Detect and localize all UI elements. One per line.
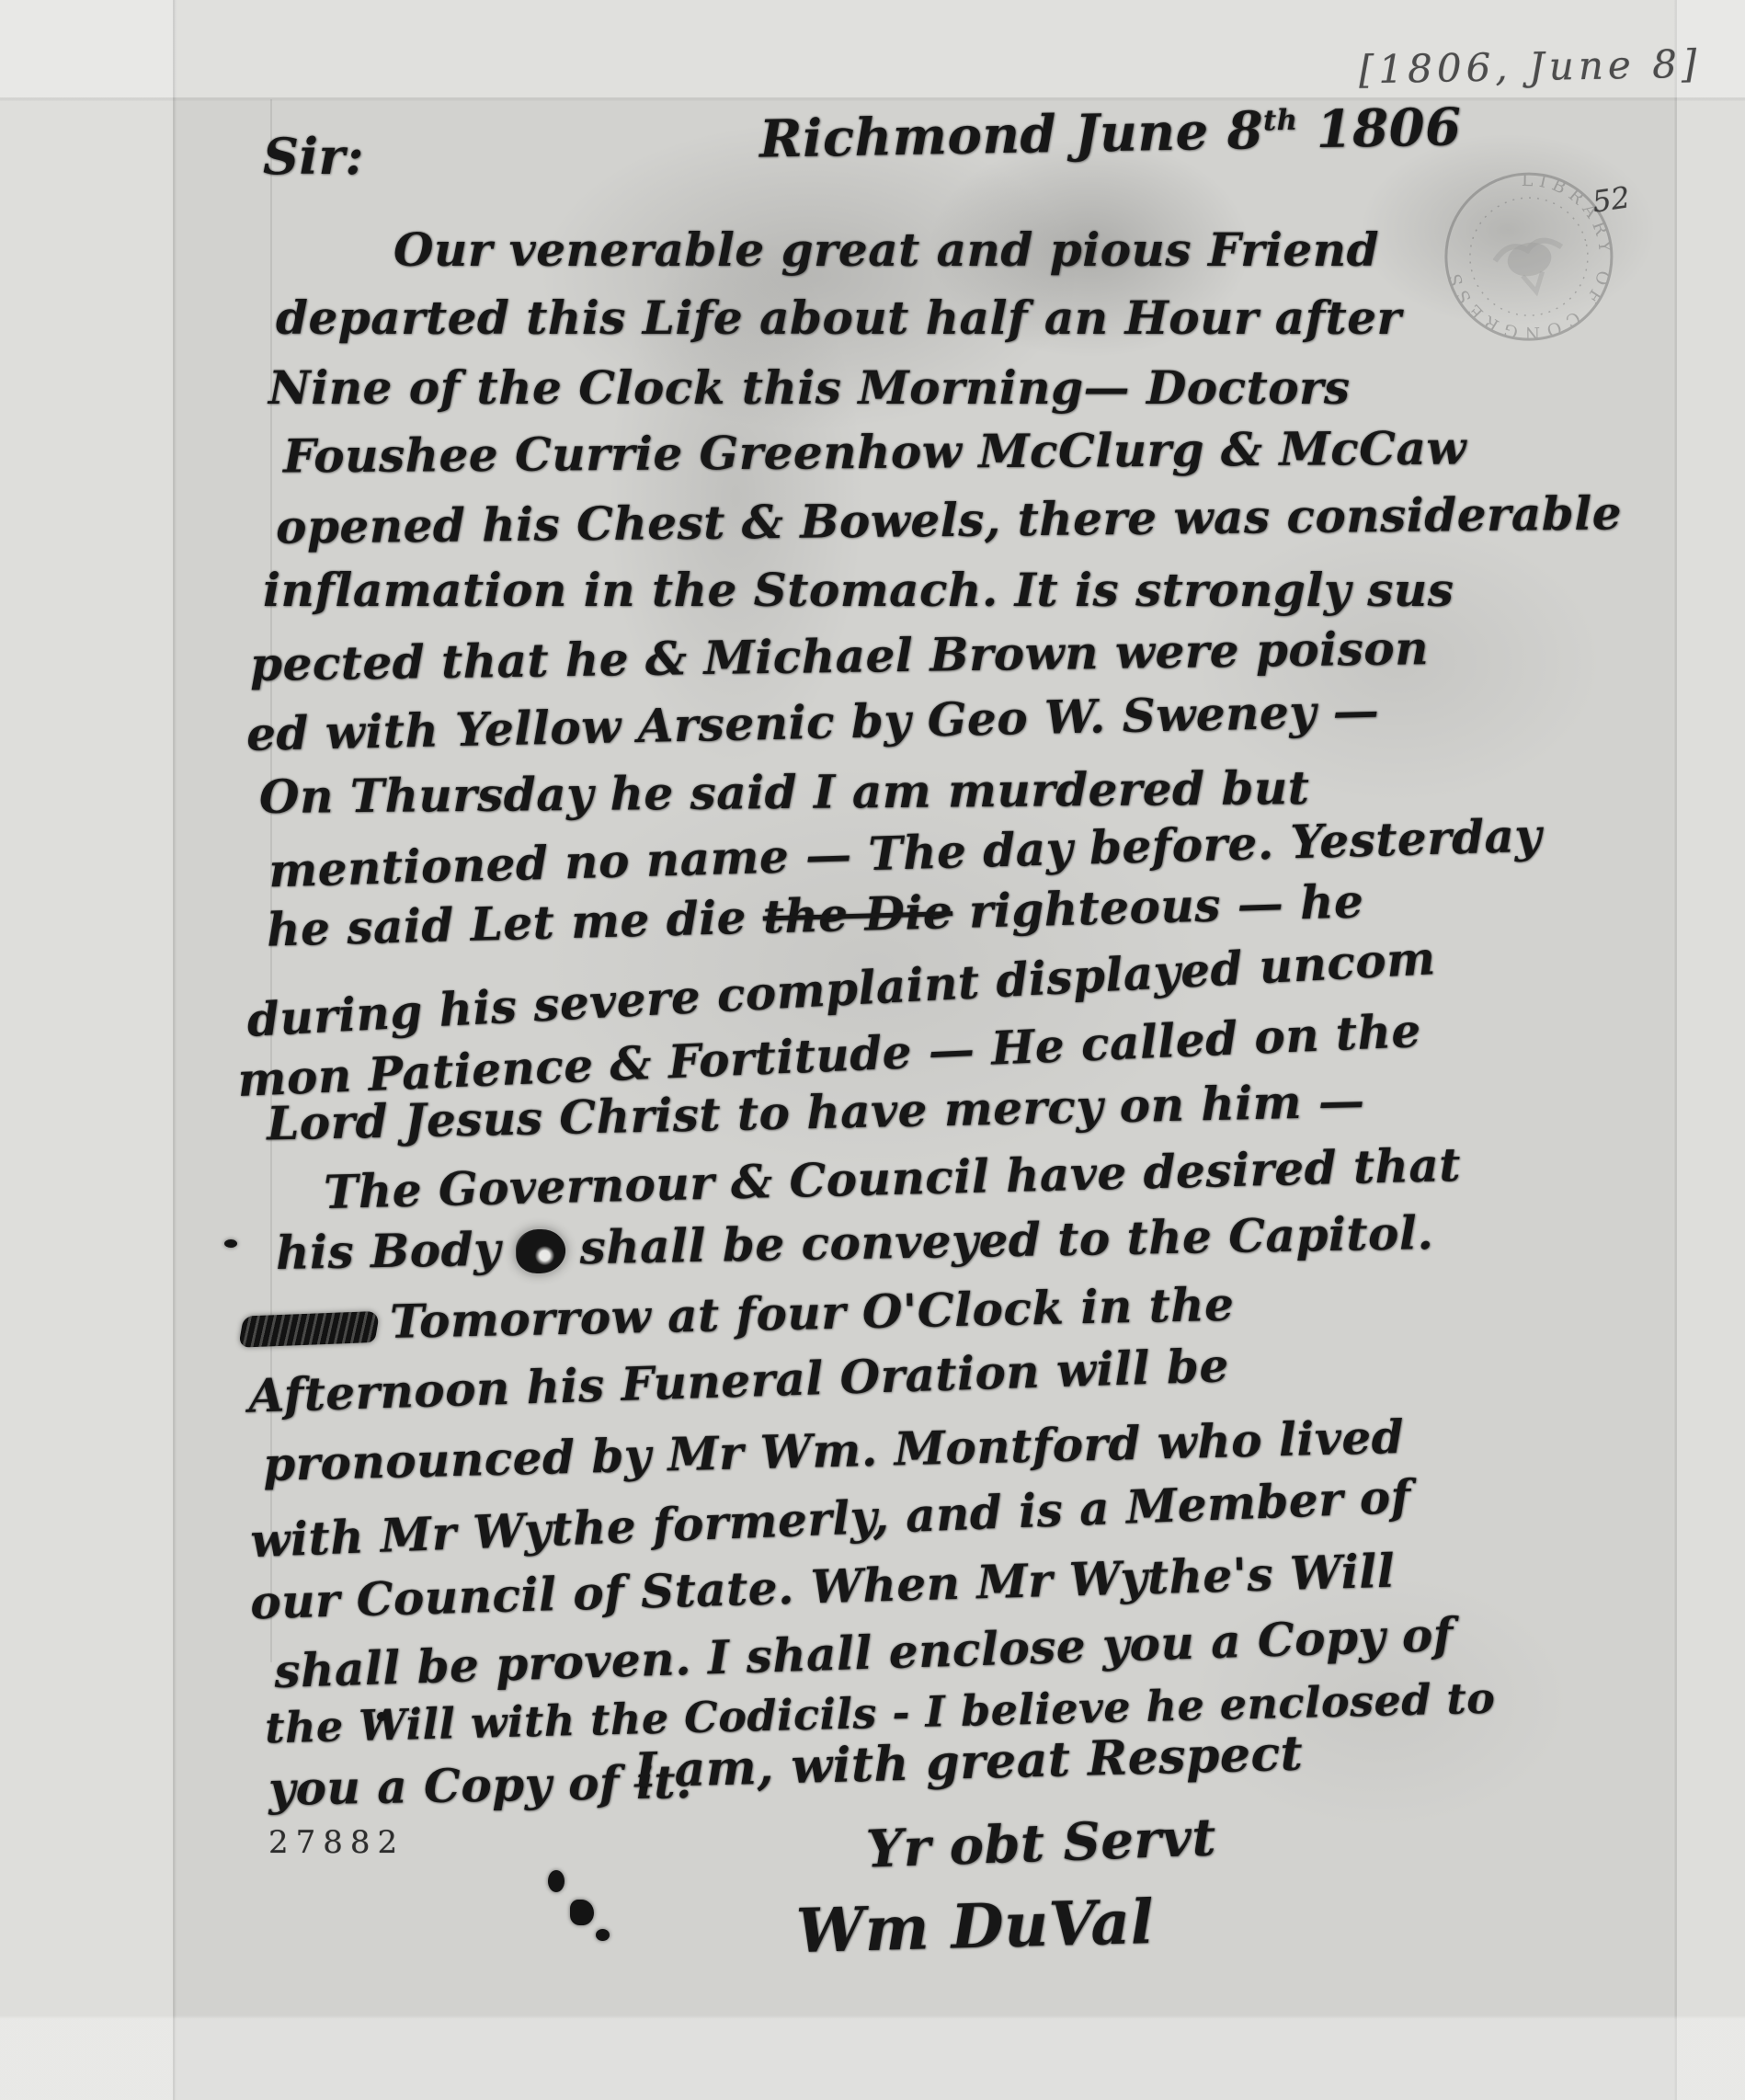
strikeout-scribble <box>238 1311 380 1348</box>
dateline-place-day: Richmond June 8 <box>758 100 1263 170</box>
letter-line-6: inflamation in the Stomach. It is strong… <box>263 563 1454 617</box>
letter-line-4: Foushee Currie Greenhow McClurg & McCaw <box>283 421 1466 484</box>
ink-speck <box>377 1712 386 1721</box>
ink-speck <box>596 1929 610 1941</box>
paper-edge-left <box>173 0 175 2100</box>
letter-line-16: his Bodyshall be conveyed to the Capitol… <box>276 1205 1434 1280</box>
line-11-post: righteous — he <box>952 873 1364 939</box>
stamp-pencil-number: 52 <box>1591 179 1633 219</box>
letter-line-17: Tomorrow at four O'Clock in the <box>241 1277 1235 1352</box>
letter-line-5: opened his Chest & Bowels, there was con… <box>276 485 1623 554</box>
letter-line-18: Afternoon his Funeral Oration will be <box>247 1338 1229 1422</box>
letter-line-3: Nine of the Clock this Morning— Doctors <box>268 360 1351 415</box>
closing-signoff: Yr obt Servt <box>865 1807 1217 1879</box>
letter-scan: [1806, June 8] Sir: Richmond June 8th 18… <box>0 0 1745 2100</box>
archival-date-note: [1806, June 8] <box>1359 41 1702 92</box>
ink-speck <box>548 1870 565 1892</box>
letter-line-2: departed this Life about half an Hour af… <box>276 291 1401 345</box>
line-16-post: shall be conveyed to the Capitol. <box>579 1205 1434 1274</box>
letter-line-8: ed with Yellow Arsenic by Geo W. Sweney … <box>246 683 1380 761</box>
ink-blot <box>515 1229 565 1274</box>
letter-line-9: On Thursday he said I am murdered but <box>259 760 1310 824</box>
dateline: Richmond June 8th 1806 <box>758 97 1462 169</box>
line-11-pre: he said Let me die <box>266 890 763 957</box>
library-of-congress-stamp-icon: LIBRARY OF CONGRESS <box>1412 140 1647 374</box>
line-17-post: Tomorrow at four O'Clock in the <box>389 1277 1234 1349</box>
letter-line-24: you a Copy of it. <box>268 1754 693 1816</box>
signature: Wm DuVal <box>795 1886 1155 1967</box>
letter-line-7: pected that he & Michael Brown were pois… <box>250 621 1430 691</box>
line-16-pre: his Body <box>276 1222 502 1280</box>
ink-speck <box>570 1900 594 1925</box>
dateline-year: 1806 <box>1316 97 1462 160</box>
ink-speck <box>224 1239 237 1248</box>
salutation: Sir: <box>263 127 364 186</box>
line-11-struck-words: the Die <box>762 885 953 943</box>
dateline-ordinal: th <box>1263 104 1298 138</box>
catalog-number: 27882 <box>268 1824 405 1861</box>
letter-line-1: Our venerable great and pious Friend <box>393 223 1379 277</box>
